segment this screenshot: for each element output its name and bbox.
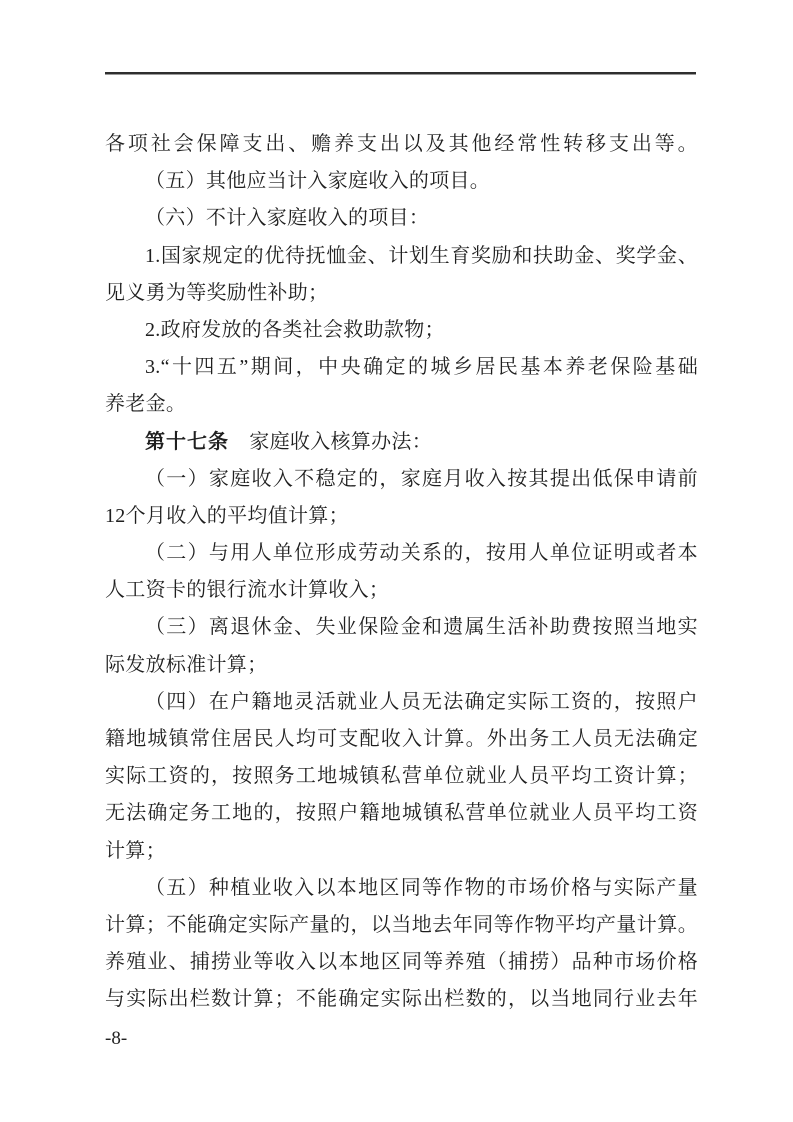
text-line: 与实际出栏数计算；不能确定实际出栏数的，以当地同行业去年 (105, 981, 698, 1018)
text-line: 2.政府发放的各类社会救助款物； (105, 312, 698, 349)
text-line: （五）其他应当计入家庭收入的项目。 (105, 163, 698, 200)
article-title: 家庭收入核算办法： (229, 431, 432, 453)
text-line: （一）家庭收入不稳定的，家庭月收入按其提出低保申请前 (105, 461, 698, 498)
text-line: 见义勇为等奖励性补助； (105, 275, 698, 312)
text-line: 无法确定务工地的，按照户籍地城镇私营单位就业人员平均工资 (105, 795, 698, 832)
text-line: 实际工资的，按照务工地城镇私营单位就业人员平均工资计算； (105, 758, 698, 795)
text-line: 12个月收入的平均值计算； (105, 498, 698, 535)
header-divider-line (105, 72, 696, 75)
paragraph-method-1: （一）家庭收入不稳定的，家庭月收入按其提出低保申请前 12个月收入的平均值计算； (105, 461, 698, 535)
paragraph-method-4: （四）在户籍地灵活就业人员无法确定实际工资的，按照户 籍地城镇常住居民人均可支配… (105, 684, 698, 870)
text-line: 籍地城镇常住居民人均可支配收入计算。外出务工人员无法确定 (105, 721, 698, 758)
text-line: 养殖业、捕捞业等收入以本地区同等养殖（捕捞）品种市场价格 (105, 944, 698, 981)
text-line: 计算； (105, 833, 698, 870)
text-line: （六）不计入家庭收入的项目： (105, 200, 698, 237)
paragraph-continuation: 各项社会保障支出、赡养支出以及其他经常性转移支出等。 (105, 126, 698, 163)
paragraph-subitem-2: 2.政府发放的各类社会救助款物； (105, 312, 698, 349)
text-line: 人工资卡的银行流水计算收入； (105, 572, 698, 609)
paragraph-subitem-1: 1.国家规定的优待抚恤金、计划生育奖励和扶助金、奖学金、 见义勇为等奖励性补助； (105, 238, 698, 312)
page-number: -8- (105, 1028, 127, 1050)
paragraph-subitem-3: 3.“十四五”期间，中央确定的城乡居民基本养老保险基础 养老金。 (105, 349, 698, 423)
document-body: 各项社会保障支出、赡养支出以及其他经常性转移支出等。 （五）其他应当计入家庭收入… (105, 126, 698, 1019)
document-page: 各项社会保障支出、赡养支出以及其他经常性转移支出等。 （五）其他应当计入家庭收入… (0, 0, 793, 1122)
paragraph-method-2: （二）与用人单位形成劳动关系的，按用人单位证明或者本 人工资卡的银行流水计算收入… (105, 535, 698, 609)
paragraph-method-3: （三）离退休金、失业保险金和遗属生活补助费按照当地实 际发放标准计算； (105, 609, 698, 683)
text-line: 第十七条 家庭收入核算办法： (105, 424, 698, 461)
text-line: （四）在户籍地灵活就业人员无法确定实际工资的，按照户 (105, 684, 698, 721)
text-line: （五）种植业收入以本地区同等作物的市场价格与实际产量 (105, 870, 698, 907)
paragraph-item-6-income: （六）不计入家庭收入的项目： (105, 200, 698, 237)
text-line: （二）与用人单位形成劳动关系的，按用人单位证明或者本 (105, 535, 698, 572)
text-line: （三）离退休金、失业保险金和遗属生活补助费按照当地实 (105, 609, 698, 646)
paragraph-article-17-heading: 第十七条 家庭收入核算办法： (105, 424, 698, 461)
text-line: 际发放标准计算； (105, 647, 698, 684)
text-line: 养老金。 (105, 386, 698, 423)
text-line: 各项社会保障支出、赡养支出以及其他经常性转移支出等。 (105, 126, 698, 163)
paragraph-item-5-income: （五）其他应当计入家庭收入的项目。 (105, 163, 698, 200)
text-line: 3.“十四五”期间，中央确定的城乡居民基本养老保险基础 (105, 349, 698, 386)
text-line: 1.国家规定的优待抚恤金、计划生育奖励和扶助金、奖学金、 (105, 238, 698, 275)
paragraph-method-5: （五）种植业收入以本地区同等作物的市场价格与实际产量 计算；不能确定实际产量的，… (105, 870, 698, 1019)
article-number: 第十七条 (145, 431, 229, 453)
text-line: 计算；不能确定实际产量的，以当地去年同等作物平均产量计算。 (105, 907, 698, 944)
